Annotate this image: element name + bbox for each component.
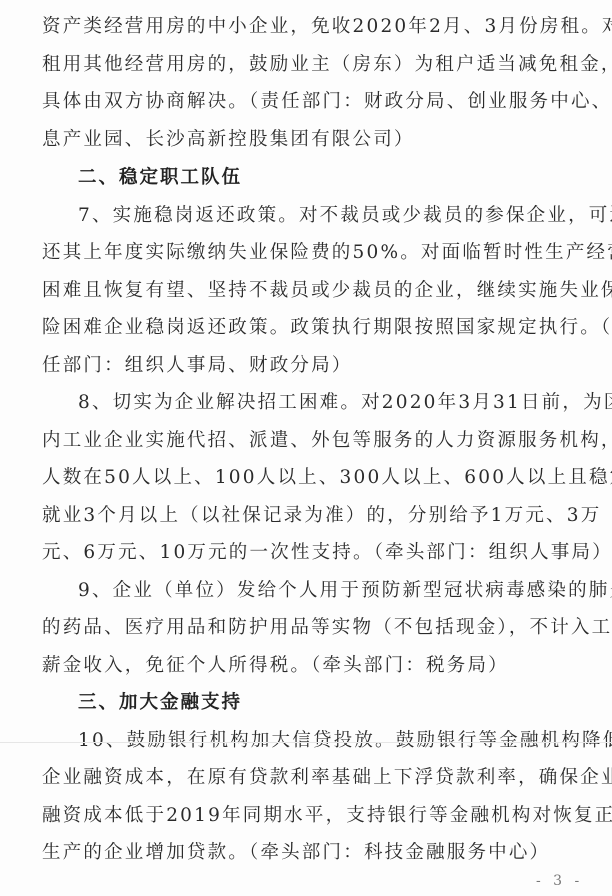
item-8-line: 元、6万元、10万元的一次性支持。（牵头部门：组织人事局） [42,542,572,564]
item-8-line: 人数在50人以上、100人以上、300人以上、600人以上且稳定 [42,467,572,489]
document-page: 资产类经营用房的中小企业，免收2020年2月、3月份房租。对 租用其他经营用房的… [0,0,612,896]
section-heading-3: 三、加大金融支持 [78,692,242,714]
item-10-line: 企业融资成本，在原有贷款利率基础上下浮贷款利率，确保企业 [42,767,572,789]
paragraph-line: 资产类经营用房的中小企业，免收2020年2月、3月份房租。对 [42,16,572,38]
item-9-line: 9、企业（单位）发给个人用于预防新型冠状病毒感染的肺炎 [78,580,572,602]
item-9-line: 的药品、医疗用品和防护用品等实物（不包括现金），不计入工资、 [42,617,572,639]
item-7-line: 还其上年度实际缴纳失业保险费的50%。对面临暂时性生产经营 [42,242,572,264]
item-7-line: 7、实施稳岗返还政策。对不裁员或少裁员的参保企业，可返 [78,205,572,227]
paragraph-line: 租用其他经营用房的，鼓励业主（房东）为租户适当减免租金， [42,54,572,76]
page-number: - 3 - [536,873,583,889]
section-heading-2: 二、稳定职工队伍 [78,167,242,189]
paragraph-line: 息产业园、长沙高新控股集团有限公司） [42,129,572,151]
item-8-line: 就业3个月以上（以社保记录为准）的，分别给予1万元、3万 [42,505,572,527]
paragraph-line: 具体由双方协商解决。（责任部门：财政分局、创业服务中心、信 [42,91,572,113]
item-10-line: 生产的企业增加贷款。（牵头部门：科技金融服务中心） [42,842,572,864]
item-8-line: 内工业企业实施代招、派遣、外包等服务的人力资源服务机构， [42,430,572,452]
scan-artifact-divider [0,742,612,743]
item-10-line: 10、鼓励银行机构加大信贷投放。鼓励银行等金融机构降低 [78,730,572,752]
item-10-line: 融资成本低于2019年同期水平，支持银行等金融机构对恢复正常 [42,805,572,827]
item-7-line: 险困难企业稳岗返还政策。政策执行期限按照国家规定执行。（责 [42,317,572,339]
item-9-line: 薪金收入，免征个人所得税。（牵头部门：税务局） [42,655,572,677]
item-7-line: 任部门：组织人事局、财政分局） [42,355,572,377]
item-7-line: 困难且恢复有望、坚持不裁员或少裁员的企业，继续实施失业保 [42,280,572,302]
item-8-line: 8、切实为企业解决招工困难。对2020年3月31日前，为区 [78,392,572,414]
